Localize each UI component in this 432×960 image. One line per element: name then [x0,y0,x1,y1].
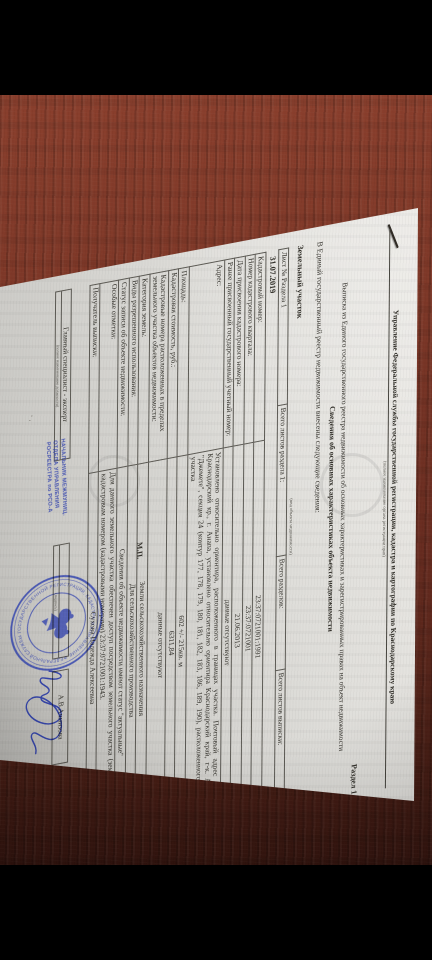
photo-grain-overlay [0,95,432,865]
photo-of-document: Управление Федеральной службы государств… [0,95,432,865]
screenshot-root: { "photo": { "colors": { "background": "… [0,0,432,960]
black-bar-top [0,0,432,95]
black-bar-bottom [0,865,432,960]
